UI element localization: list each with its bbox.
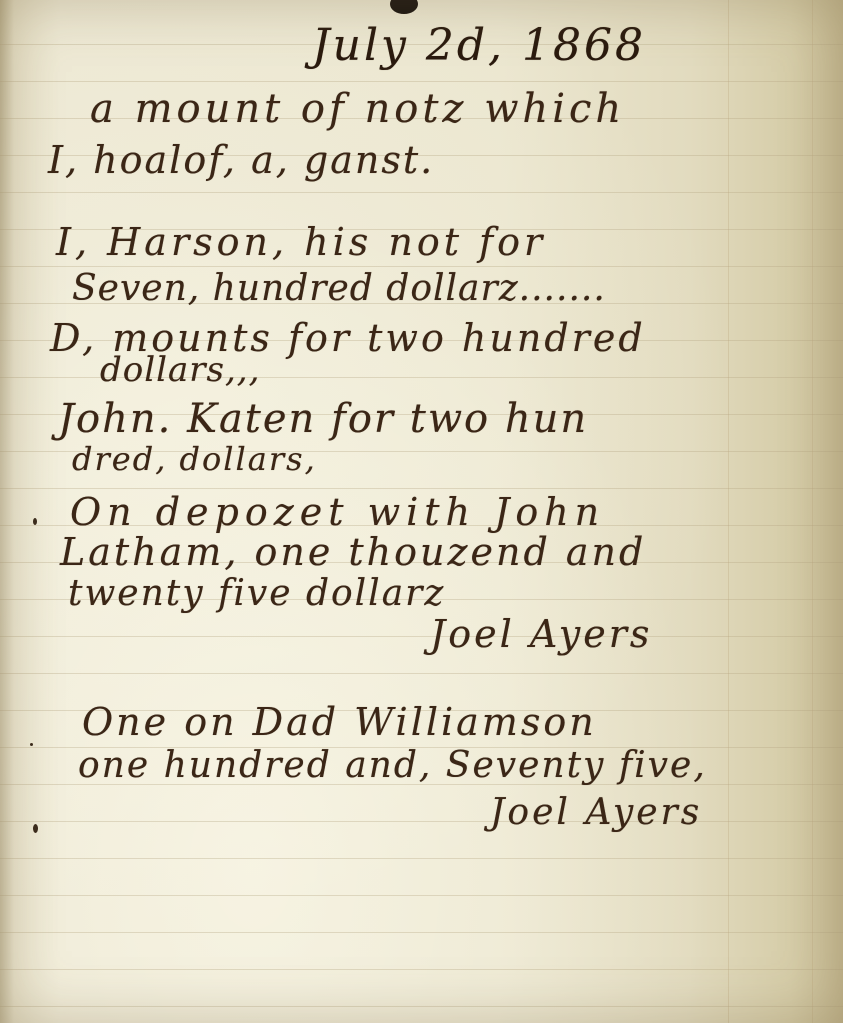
text-line: Seven, hundred dollarz....... — [72, 268, 606, 309]
text-line: one hundred and, Seventy five, — [78, 745, 707, 786]
text-line: a mount of notz which — [90, 86, 625, 132]
text-line: One on Dad Williamson — [82, 700, 597, 744]
date-heading: July 2d, 1868 — [312, 20, 646, 71]
ink-speck — [33, 824, 38, 833]
margin-rule — [812, 0, 813, 1023]
text-line: I, Harson, his not for — [56, 220, 546, 264]
margin-rule — [728, 0, 729, 1023]
text-line: Latham, one thouzend and — [60, 530, 646, 574]
ink-speck — [30, 743, 33, 746]
text-line: John. Katen for two hun — [58, 396, 588, 442]
text-line: dred, dollars, — [72, 440, 317, 478]
text-line: On depozet with John — [70, 490, 605, 534]
signature: Joel Ayers — [430, 612, 652, 656]
signature: Joel Ayers — [490, 792, 702, 833]
text-line: I, hoalof, a, ganst. — [48, 138, 434, 182]
text-line: twenty five dollarz — [68, 573, 445, 614]
text-line: dollars,,, — [100, 350, 260, 390]
ink-speck — [33, 518, 37, 525]
document-page: July 2d, 1868 a mount of notz which I, h… — [0, 0, 843, 1023]
